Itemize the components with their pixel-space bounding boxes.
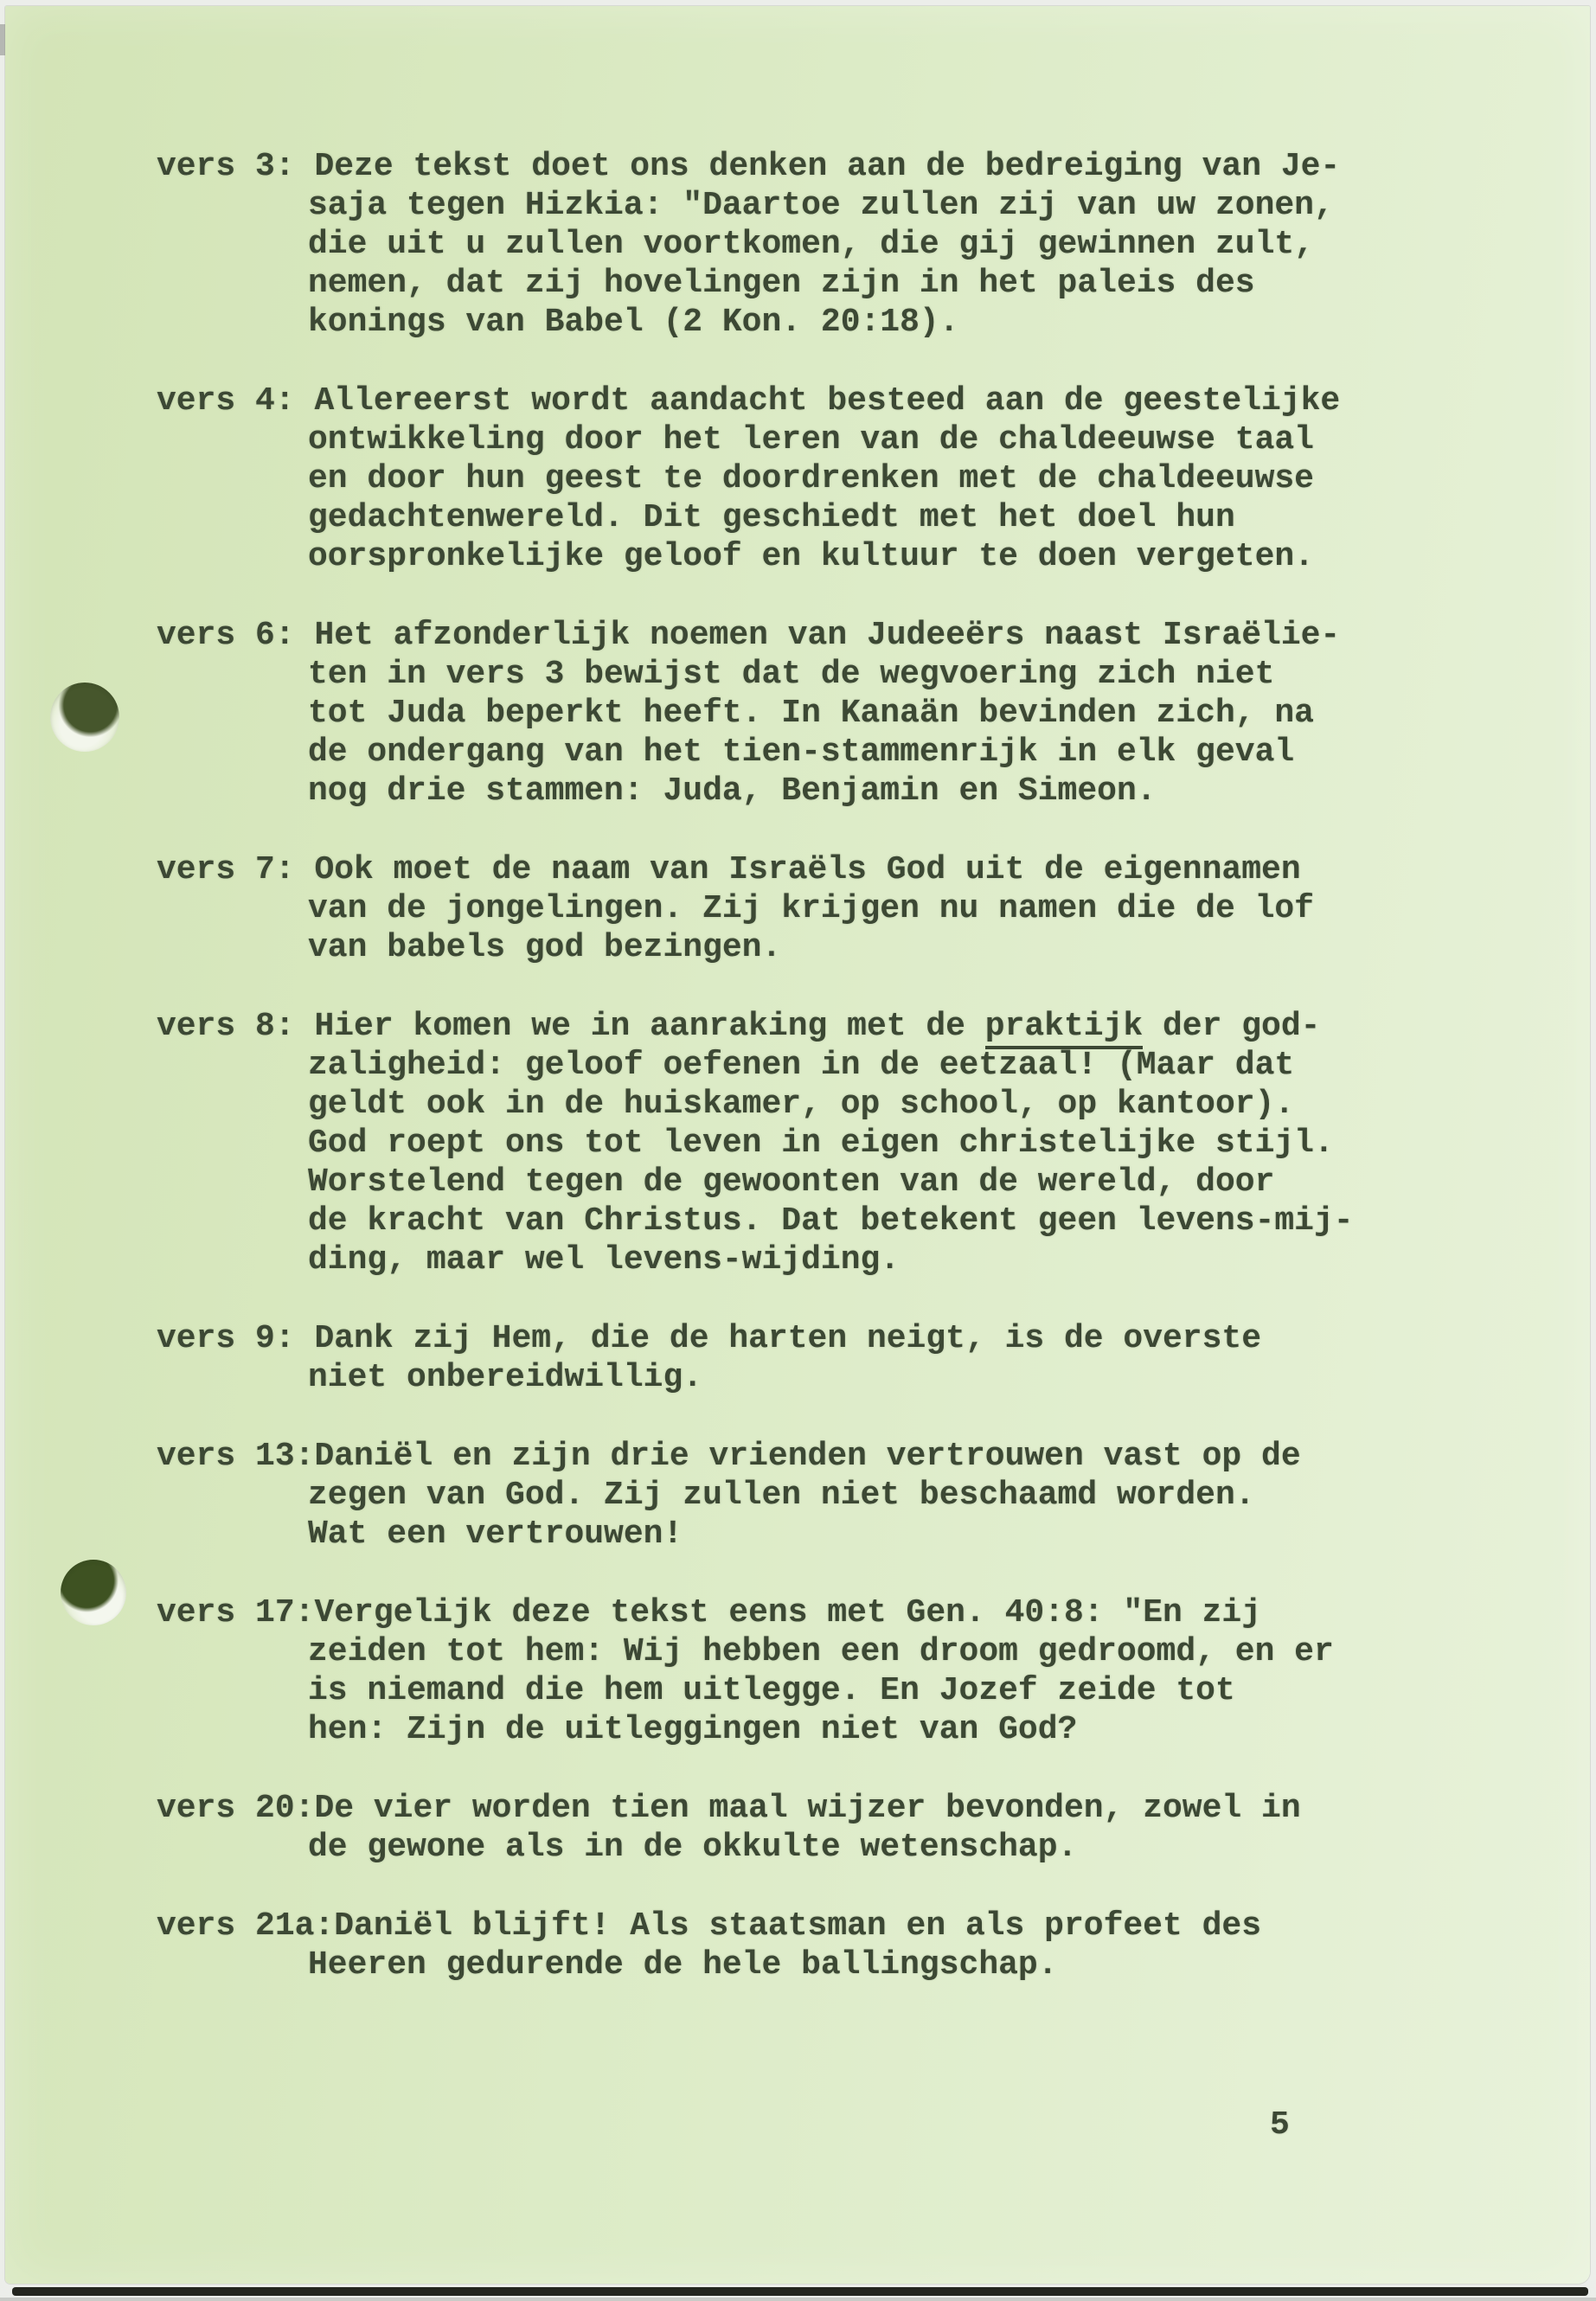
verse-text: De vier worden tien maal wijzer bevonden… bbox=[308, 1790, 1301, 1866]
underlined-word: praktijk bbox=[985, 1008, 1143, 1049]
verse-text: Allereerst wordt aandacht besteed aan de… bbox=[308, 382, 1340, 575]
page-content: vers 3: Deze tekst doet ons denken aan d… bbox=[5, 6, 1590, 2024]
scan-bottom-bar bbox=[12, 2287, 1588, 2296]
verse-label: vers 20: bbox=[157, 1790, 314, 1827]
verse-paragraph-7: vers 7: Ook moet de naam van Israëls God… bbox=[157, 850, 1400, 967]
verse-label: vers 7: bbox=[157, 851, 314, 888]
verse-paragraph-3: vers 3: Deze tekst doet ons denken aan d… bbox=[157, 147, 1400, 342]
verse-label: vers 3: bbox=[157, 148, 314, 185]
scan-bottom-strip bbox=[0, 2298, 1596, 2301]
verse-paragraph-20: vers 20:De vier worden tien maal wijzer … bbox=[157, 1789, 1400, 1867]
verse-paragraph-4: vers 4: Allereerst wordt aandacht bestee… bbox=[157, 381, 1400, 576]
verse-label: vers 13: bbox=[157, 1438, 314, 1475]
verse-label: vers 8: bbox=[157, 1008, 314, 1045]
verse-text-after: der god- zaligheid: geloof oefenen in de… bbox=[308, 1008, 1354, 1279]
paper-sheet: vers 3: Deze tekst doet ons denken aan d… bbox=[5, 6, 1590, 2284]
verse-label: vers 21a: bbox=[157, 1907, 334, 1945]
verse-paragraph-13: vers 13:Daniël en zijn drie vrienden ver… bbox=[157, 1437, 1400, 1554]
verse-label: vers 17: bbox=[157, 1594, 314, 1631]
verse-label: vers 6: bbox=[157, 617, 314, 654]
verse-paragraph-21a: vers 21a:Daniël blijft! Als staatsman en… bbox=[157, 1907, 1400, 1984]
verse-text: Vergelijk deze tekst eens met Gen. 40:8:… bbox=[308, 1594, 1334, 1748]
verse-text: Daniël en zijn drie vrienden vertrouwen … bbox=[308, 1438, 1301, 1553]
page-number: 5 bbox=[1270, 2106, 1290, 2144]
verse-text: Deze tekst doet ons denken aan de bedrei… bbox=[308, 148, 1340, 341]
scanned-page: vers 3: Deze tekst doet ons denken aan d… bbox=[0, 0, 1596, 2301]
verse-paragraph-8: vers 8: Hier komen we in aanraking met d… bbox=[157, 1007, 1400, 1279]
verse-text: Daniël blijft! Als staatsman en als prof… bbox=[308, 1907, 1261, 1984]
verse-label: vers 4: bbox=[157, 382, 314, 420]
verse-text-before: Hier komen we in aanraking met de bbox=[314, 1008, 984, 1045]
verse-paragraph-6: vers 6: Het afzonderlijk noemen van Jude… bbox=[157, 616, 1400, 811]
verse-text: Het afzonderlijk noemen van Judeeërs naa… bbox=[308, 617, 1340, 810]
verse-paragraph-17: vers 17:Vergelijk deze tekst eens met Ge… bbox=[157, 1593, 1400, 1749]
verse-text: Dank zij Hem, die de harten neigt, is de… bbox=[308, 1320, 1261, 1396]
verse-label: vers 9: bbox=[157, 1320, 314, 1357]
verse-text: Ook moet de naam van Israëls God uit de … bbox=[308, 851, 1314, 966]
verse-paragraph-9: vers 9: Dank zij Hem, die de harten neig… bbox=[157, 1319, 1400, 1397]
